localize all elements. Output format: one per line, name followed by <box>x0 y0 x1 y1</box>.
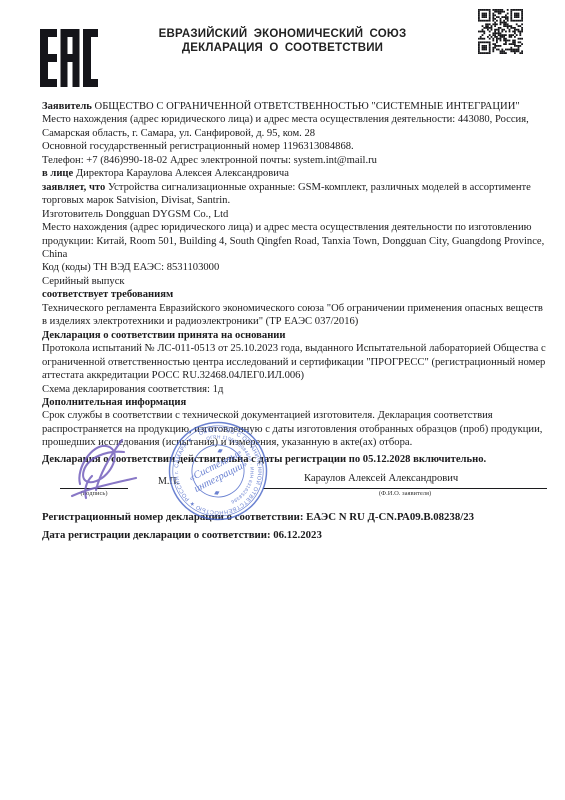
phone-email-line: Телефон: +7 (846)990-18-02 Адрес электро… <box>42 154 547 167</box>
document-type: ДЕКЛАРАЦИЯ О СООТВЕТСТВИИ <box>110 41 455 55</box>
signature-caption: (подпись) <box>60 490 128 498</box>
serial-issue-line: Серийный выпуск <box>42 275 547 288</box>
seal-place-label: М.П. <box>158 475 179 488</box>
additional-info-heading: Дополнительная информация <box>42 396 547 409</box>
additional-info-text: Срок службы в соответствии с технической… <box>42 409 547 449</box>
fullname-caption: (Ф.И.О. заявителя) <box>263 490 547 498</box>
represented-by-line: в лице Директора Караулова Алексея Алекс… <box>42 167 547 180</box>
signature-line <box>60 488 128 489</box>
regulation-line: Технического регламента Евразийского эко… <box>42 302 547 329</box>
manufacturer-address: Место нахождения (адрес юридического лиц… <box>42 221 547 261</box>
manufacturer-line: Изготовитель Dongguan DYGSM Co., Ltd <box>42 208 547 221</box>
signature-block: (подпись) М.П. Караулов Алексей Александ… <box>42 468 547 502</box>
registration-date-line: Дата регистрации декларации о соответств… <box>42 529 547 542</box>
fullname-line <box>263 488 547 489</box>
applicant-address: Место нахождения (адрес юридического лиц… <box>42 113 547 140</box>
union-name: ЕВРАЗИЙСКИЙ ЭКОНОМИЧЕСКИЙ СОЮЗ <box>110 27 455 41</box>
tnved-code-line: Код (коды) ТН ВЭД ЕАЭС: 8531103000 <box>42 261 547 274</box>
declares-line: заявляет, что Устройства сигнализационны… <box>42 181 547 208</box>
validity-line: Декларация о соответствии действительна … <box>42 453 547 466</box>
declaration-document: ЕВРАЗИЙСКИЙ ЭКОНОМИЧЕСКИЙ СОЮЗ ДЕКЛАРАЦИ… <box>0 0 565 800</box>
basis-heading: Декларация о соответствии принята на осн… <box>42 329 547 342</box>
registration-number-line: Регистрационный номер декларации о соотв… <box>42 511 547 524</box>
ogrn-line: Основной государственный регистрационный… <box>42 140 547 153</box>
complies-heading: соответствует требованиям <box>42 288 547 301</box>
test-protocol-line: Протокола испытаний № ЛС-011-0513 от 25.… <box>42 342 547 382</box>
applicant-fullname: Караулов Алексей Александрович <box>304 472 458 485</box>
eac-logo-icon <box>40 29 98 92</box>
declaration-text: Заявитель ОБЩЕСТВО С ОГРАНИЧЕННОЙ ОТВЕТС… <box>42 100 547 542</box>
qr-code-icon <box>478 9 523 54</box>
scheme-line: Схема декларирования соответствия: 1д <box>42 383 547 396</box>
document-title: ЕВРАЗИЙСКИЙ ЭКОНОМИЧЕСКИЙ СОЮЗ ДЕКЛАРАЦИ… <box>110 27 455 55</box>
applicant-line: Заявитель ОБЩЕСТВО С ОГРАНИЧЕННОЙ ОТВЕТС… <box>42 100 547 113</box>
